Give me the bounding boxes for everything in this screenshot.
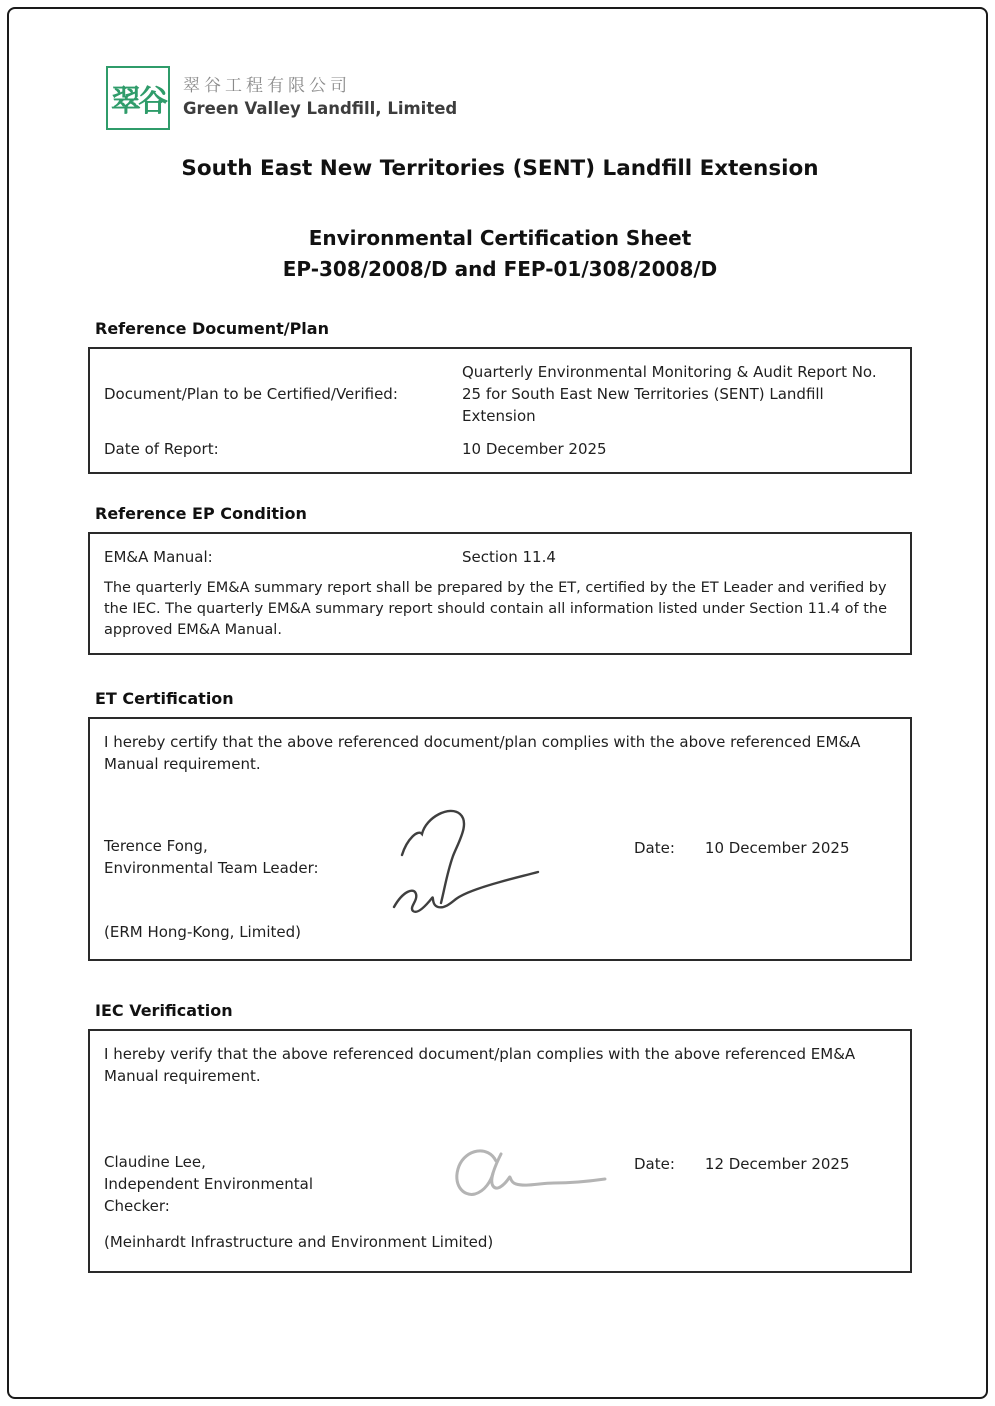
iec-verification-box: I hereby verify that the above reference…	[88, 1029, 912, 1273]
iec-verification-statement: I hereby verify that the above reference…	[104, 1043, 896, 1087]
certification-sheet-page: 翠谷 翠谷工程有限公司 Green Valley Landfill, Limit…	[0, 0, 995, 1406]
document-plan-label: Document/Plan to be Certified/Verified:	[104, 383, 462, 405]
et-signature-area	[366, 835, 634, 845]
iec-date-value: 12 December 2025	[705, 1153, 850, 1175]
company-logo: 翠谷 翠谷工程有限公司 Green Valley Landfill, Limit…	[106, 66, 912, 130]
green-valley-logo-icon: 翠谷	[106, 66, 170, 130]
subtitle-sheet-name: Environmental Certification Sheet	[88, 223, 912, 254]
document-title: South East New Territories (SENT) Landfi…	[88, 156, 912, 181]
iec-signatory-block: Claudine Lee, Independent Environmental …	[104, 1151, 366, 1217]
table-row: Date of Report: 10 December 2025	[104, 438, 896, 460]
ema-manual-label: EM&A Manual:	[104, 546, 462, 568]
iec-signatory-name: Claudine Lee,	[104, 1151, 366, 1173]
section-heading-iec-verification: IEC Verification	[95, 1001, 912, 1020]
iec-company: (Meinhardt Infrastructure and Environmen…	[104, 1231, 896, 1253]
et-signatory-name: Terence Fong,	[104, 835, 366, 857]
table-row: EM&A Manual: Section 11.4	[104, 546, 896, 568]
iec-date-label: Date:	[634, 1153, 675, 1175]
section-heading-reference-document: Reference Document/Plan	[95, 319, 912, 338]
iec-signature-row: Claudine Lee, Independent Environmental …	[104, 1151, 896, 1217]
iec-signature	[436, 1133, 616, 1223]
ep-condition-description: The quarterly EM&A summary report shall …	[104, 578, 896, 641]
date-of-report-value: 10 December 2025	[462, 438, 896, 460]
section-heading-reference-ep-condition: Reference EP Condition	[95, 504, 912, 523]
et-date-value: 10 December 2025	[705, 837, 850, 859]
logo-text-block: 翠谷工程有限公司 Green Valley Landfill, Limited	[183, 75, 457, 120]
section-heading-et-certification: ET Certification	[95, 689, 912, 708]
et-signature	[374, 793, 554, 933]
iec-signatory-title: Independent Environmental Checker:	[104, 1173, 366, 1217]
company-name-chinese: 翠谷工程有限公司	[183, 75, 457, 98]
et-date-label: Date:	[634, 837, 675, 859]
et-date-block: Date: 10 December 2025	[634, 835, 896, 859]
page-content: 翠谷 翠谷工程有限公司 Green Valley Landfill, Limit…	[0, 0, 995, 1273]
table-row: Document/Plan to be Certified/Verified: …	[104, 361, 896, 427]
document-subtitle: Environmental Certification Sheet EP-308…	[88, 223, 912, 285]
et-signatory-title: Environmental Team Leader:	[104, 857, 366, 879]
et-certification-statement: I hereby certify that the above referenc…	[104, 731, 896, 775]
reference-document-box: Document/Plan to be Certified/Verified: …	[88, 347, 912, 474]
iec-date-block: Date: 12 December 2025	[634, 1151, 896, 1175]
reference-ep-condition-box: EM&A Manual: Section 11.4 The quarterly …	[88, 532, 912, 655]
iec-signature-area	[366, 1151, 634, 1161]
ema-manual-value: Section 11.4	[462, 546, 896, 568]
date-of-report-label: Date of Report:	[104, 438, 462, 460]
et-certification-box: I hereby certify that the above referenc…	[88, 717, 912, 961]
subtitle-permit-numbers: EP-308/2008/D and FEP-01/308/2008/D	[88, 254, 912, 285]
et-signatory-block: Terence Fong, Environmental Team Leader:	[104, 835, 366, 879]
et-signature-row: Terence Fong, Environmental Team Leader:…	[104, 835, 896, 879]
company-name-english: Green Valley Landfill, Limited	[183, 98, 457, 120]
document-plan-value: Quarterly Environmental Monitoring & Aud…	[462, 361, 896, 427]
